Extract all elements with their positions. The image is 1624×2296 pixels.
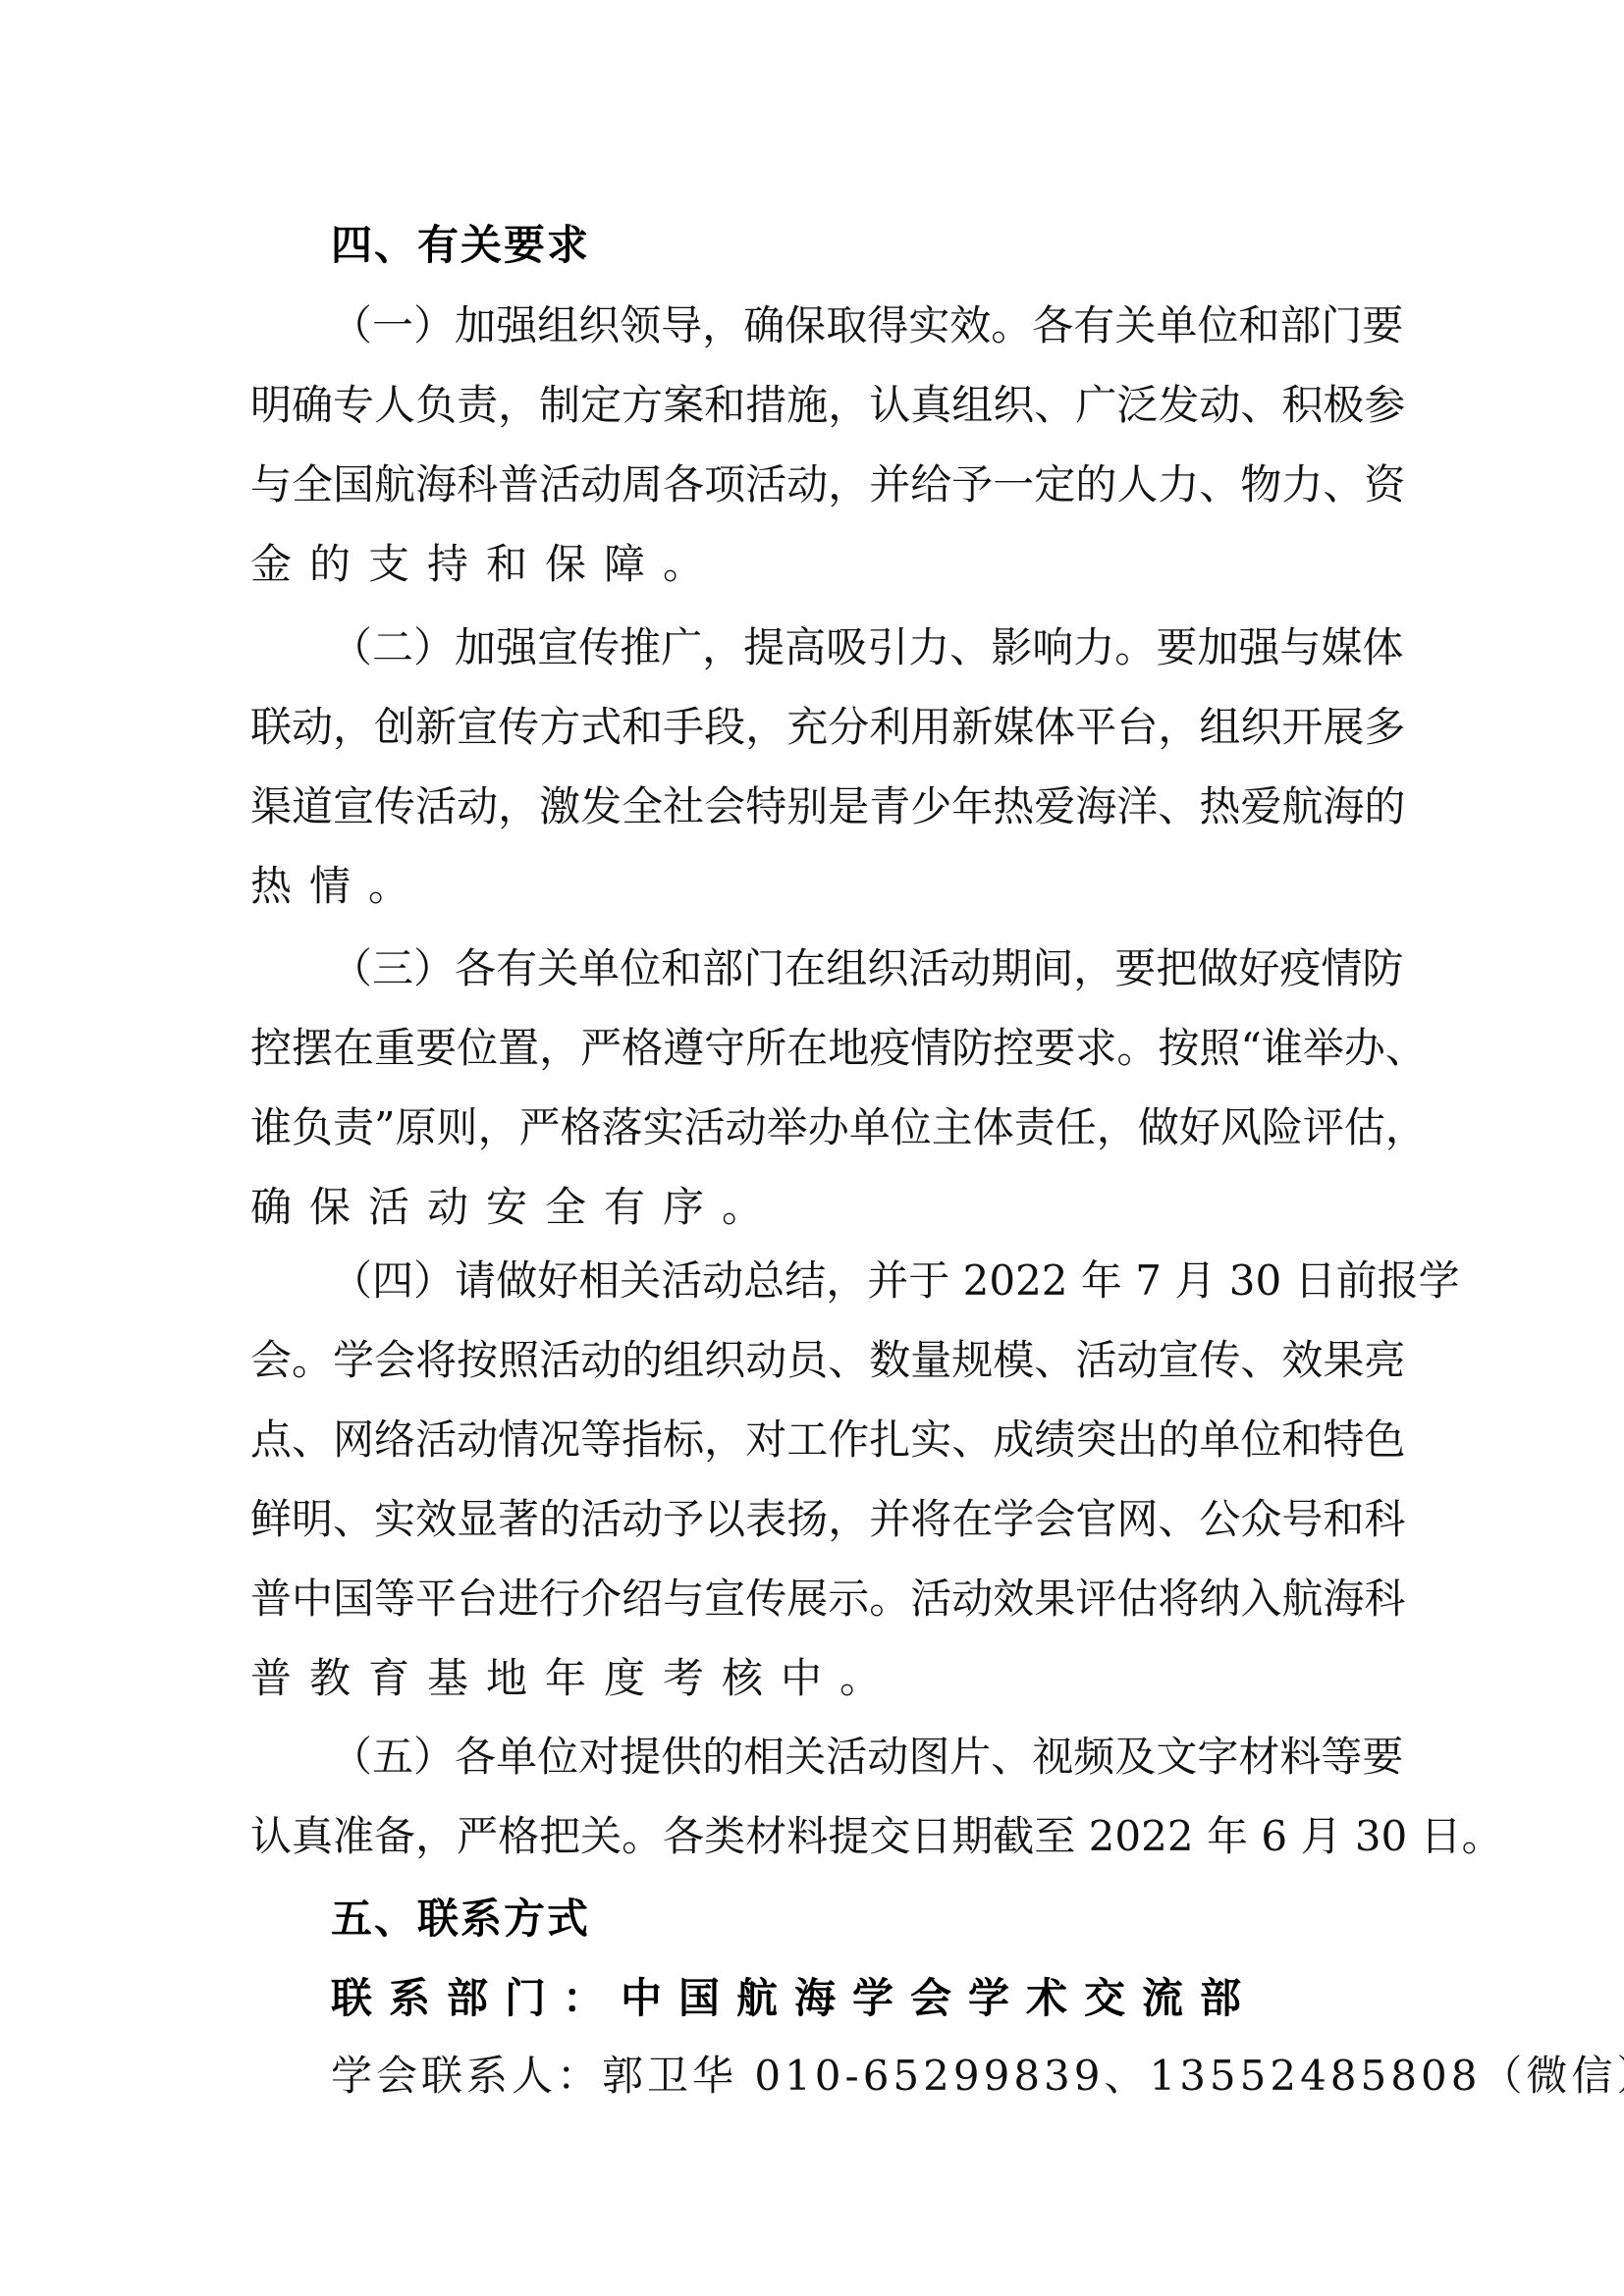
paragraph-line: （四）请做好相关活动总结，并于 2022 年 7 月 30 日前报学 xyxy=(331,1252,1380,1310)
paragraph-line: 普教育基地年度考核中。 xyxy=(250,1649,1380,1708)
section-heading-requirements: 四、有关要求 xyxy=(331,216,590,275)
paragraph-line: 认真准备，严格把关。各类材料提交日期截至 2022 年 6 月 30 日。 xyxy=(250,1807,1380,1866)
document-page: 四、有关要求 （一）加强组织领导，确保取得实效。各有关单位和部门要 明确专人负责… xyxy=(0,0,1624,2296)
paragraph-line: 与全国航海科普活动周各项活动，并给予一定的人力、物力、资 xyxy=(250,455,1380,514)
paragraph-line: 联动，创新宣传方式和手段，充分利用新媒体平台，组织开展多 xyxy=(250,698,1380,757)
paragraph-line: 渠道宣传活动，激发全社会特别是青少年热爱海洋、热爱航海的 xyxy=(250,777,1380,836)
paragraph-line: （二）加强宣传推广，提高吸引力、影响力。要加强与媒体 xyxy=(331,618,1380,677)
paragraph-line: 鲜明、实效显著的活动予以表扬，并将在学会官网、公众号和科 xyxy=(250,1490,1380,1549)
paragraph-line: （五）各单位对提供的相关活动图片、视频及文字材料等要 xyxy=(331,1728,1380,1787)
paragraph-line: 金的支持和保障。 xyxy=(250,535,1380,594)
section-heading-contact: 五、联系方式 xyxy=(331,1890,590,1949)
contact-department: 联系部门：中国航海学会学术交流部 xyxy=(331,1969,1258,2028)
paragraph-line: 普中国等平台进行介绍与宣传展示。活动效果评估将纳入航海科 xyxy=(250,1570,1380,1629)
paragraph-line: 会。学会将按照活动的组织动员、数量规模、活动宣传、效果亮 xyxy=(250,1331,1380,1390)
paragraph-line: 谁负责”原则，严格落实活动举办单位主体责任，做好风险评估， xyxy=(250,1098,1380,1157)
paragraph-line: 点、网络活动情况等指标，对工作扎实、成绩突出的单位和特色 xyxy=(250,1411,1380,1469)
contact-person: 学会联系人：郭卫华 010-65299839、13552485808（微信） xyxy=(331,2047,1624,2106)
paragraph-line: 控摆在重要位置，严格遵守所在地疫情防控要求。按照“谁举办、 xyxy=(250,1019,1380,1078)
paragraph-line: 明确专人负责，制定方案和措施，认真组织、广泛发动、积极参 xyxy=(250,376,1380,435)
paragraph-line: （一）加强组织领导，确保取得实效。各有关单位和部门要 xyxy=(331,296,1380,355)
paragraph-line: 确保活动安全有序。 xyxy=(250,1178,1380,1237)
paragraph-line: 热情。 xyxy=(250,857,1380,916)
paragraph-line: （三）各有关单位和部门在组织活动期间，要把做好疫情防 xyxy=(331,939,1380,998)
